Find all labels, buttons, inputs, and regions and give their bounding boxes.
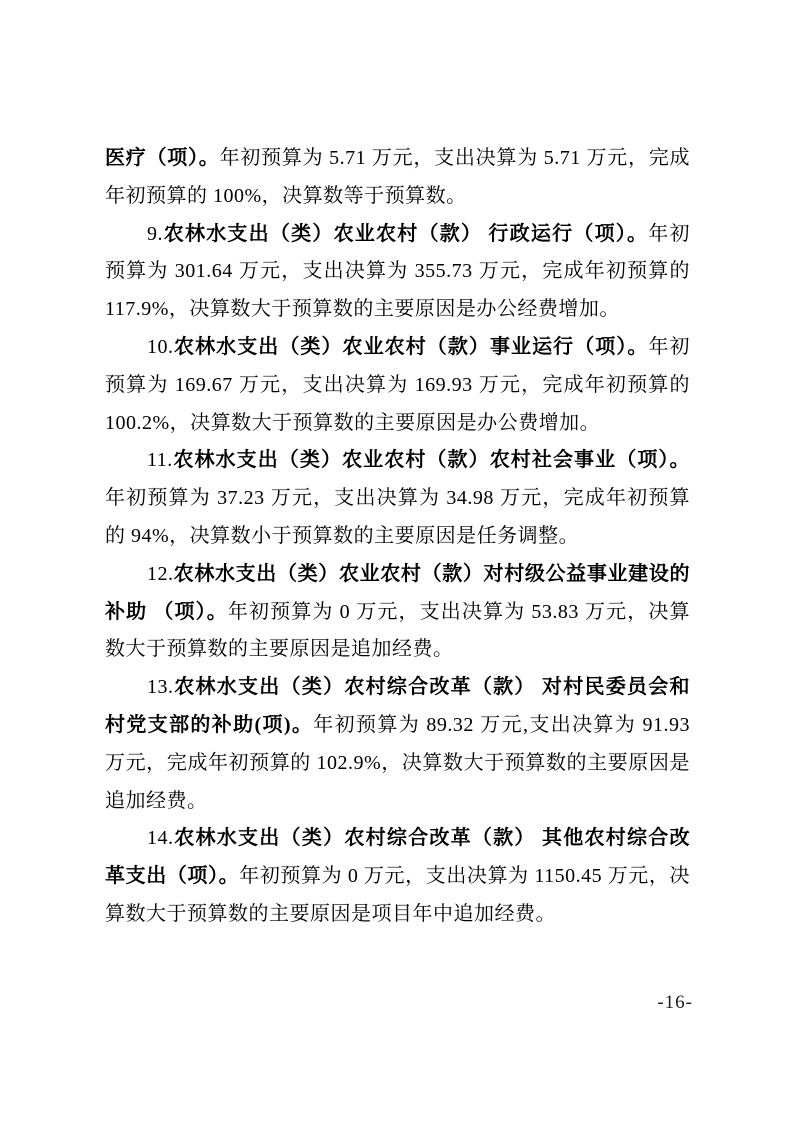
item-number: 13. (147, 676, 174, 698)
paragraph-item-14: 14.农林水支出（类）农村综合改革（款） 其他农村综合改革支出（项）。年初预算为… (105, 820, 690, 933)
item-number: 9. (147, 223, 163, 245)
paragraph-item-11: 11.农林水支出（类）农业农村（款）农村社会事业（项）。年初预算为 37.23 … (105, 442, 690, 555)
document-page: 医疗（项）。年初预算为 5.71 万元，支出决算为 5.71 万元，完成年初预算… (0, 0, 793, 1122)
page-number: -16- (657, 992, 693, 1014)
paragraph-continuation: 医疗（项）。年初预算为 5.71 万元，支出决算为 5.71 万元，完成年初预算… (105, 140, 690, 216)
document-body: 医疗（项）。年初预算为 5.71 万元，支出决算为 5.71 万元，完成年初预算… (105, 140, 690, 934)
item-number: 11. (147, 449, 173, 471)
paragraph-text: 年初预算为 37.23 万元，支出决算为 34.98 万元，完成年初预算的 94… (105, 487, 690, 547)
paragraph-bold-heading: 农林水支出（类）农业农村（款）事业运行（项）。 (174, 336, 649, 358)
paragraph-bold-heading: 农林水支出（类）农业农村（款）农村社会事业（项）。 (173, 449, 690, 471)
paragraph-bold-heading: 农林水支出（类）农业农村（款） 行政运行（项）。 (163, 223, 648, 245)
paragraph-item-12: 12.农林水支出（类）农业农村（款）对村级公益事业建设的补助 （项）。年初预算为… (105, 556, 690, 669)
item-number: 14. (147, 827, 174, 849)
paragraph-bold-heading: 医疗（项）。 (105, 147, 220, 169)
item-number: 12. (147, 563, 174, 585)
paragraph-item-13: 13.农林水支出（类）农村综合改革（款） 对村民委员会和村党支部的补助(项)。年… (105, 669, 690, 820)
paragraph-item-9: 9.农林水支出（类）农业农村（款） 行政运行（项）。年初预算为 301.64 万… (105, 216, 690, 329)
paragraph-item-10: 10.农林水支出（类）农业农村（款）事业运行（项）。年初预算为 169.67 万… (105, 329, 690, 442)
item-number: 10. (147, 336, 174, 358)
